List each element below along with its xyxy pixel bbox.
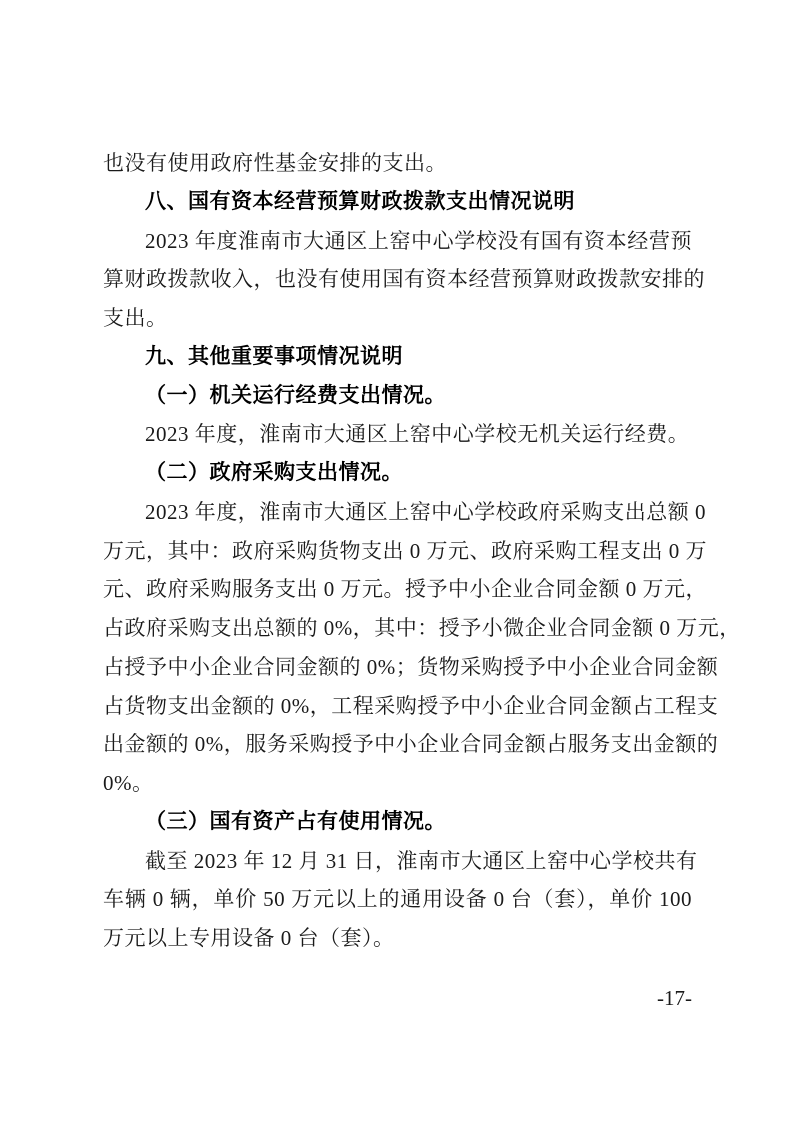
paragraph-government-fund-tail-line: 也没有使用政府性基金安排的支出。: [103, 144, 692, 183]
paragraph-procurement-line-7: 出金额的 0%，服务采购授予中小企业合同金额占服务支出金额的: [103, 725, 692, 764]
paragraph-procurement-line-1: 2023 年度，淮南市大通区上窑中心学校政府采购支出总额 0: [103, 493, 692, 532]
subheading-one-operating-expenses: （一）机关运行经费支出情况。: [103, 377, 692, 416]
paragraph-state-capital-line-1: 2023 年度淮南市大通区上窑中心学校没有国有资本经营预: [103, 222, 692, 261]
paragraph-procurement-line-4: 占政府采购支出总额的 0%，其中：授予小微企业合同金额 0 万元，: [103, 609, 692, 648]
paragraph-procurement-line-3: 元、政府采购服务支出 0 万元。授予中小企业合同金额 0 万元，: [103, 570, 692, 609]
page-number: -17-: [657, 986, 692, 1010]
paragraph-procurement-line-2: 万元，其中：政府采购货物支出 0 万元、政府采购工程支出 0 万: [103, 532, 692, 571]
document-body: 也没有使用政府性基金安排的支出。 八、国有资本经营预算财政拨款支出情况说明 20…: [103, 144, 692, 958]
heading-section-nine: 九、其他重要事项情况说明: [103, 338, 692, 377]
paragraph-state-assets-line-1: 截至 2023 年 12 月 31 日，淮南市大通区上窑中心学校共有: [103, 842, 692, 881]
document-page: 也没有使用政府性基金安排的支出。 八、国有资本经营预算财政拨款支出情况说明 20…: [0, 0, 793, 1122]
paragraph-state-capital-line-2: 算财政拨款收入，也没有使用国有资本经营预算财政拨款安排的: [103, 260, 692, 299]
subheading-two-government-procurement: （二）政府采购支出情况。: [103, 454, 692, 493]
paragraph-state-assets-line-3: 万元以上专用设备 0 台（套）。: [103, 919, 692, 958]
subheading-three-state-assets: （三）国有资产占有使用情况。: [103, 803, 692, 842]
paragraph-state-capital-line-3: 支出。: [103, 299, 692, 338]
paragraph-procurement-line-5: 占授予中小企业合同金额的 0%；货物采购授予中小企业合同金额: [103, 648, 692, 687]
paragraph-procurement-line-8: 0%。: [103, 764, 692, 803]
paragraph-procurement-line-6: 占货物支出金额的 0%，工程采购授予中小企业合同金额占工程支: [103, 687, 692, 726]
paragraph-operating-expenses-line: 2023 年度，淮南市大通区上窑中心学校无机关运行经费。: [103, 415, 692, 454]
paragraph-state-assets-line-2: 车辆 0 辆，单价 50 万元以上的通用设备 0 台（套），单价 100: [103, 880, 692, 919]
heading-section-eight: 八、国有资本经营预算财政拨款支出情况说明: [103, 183, 692, 222]
